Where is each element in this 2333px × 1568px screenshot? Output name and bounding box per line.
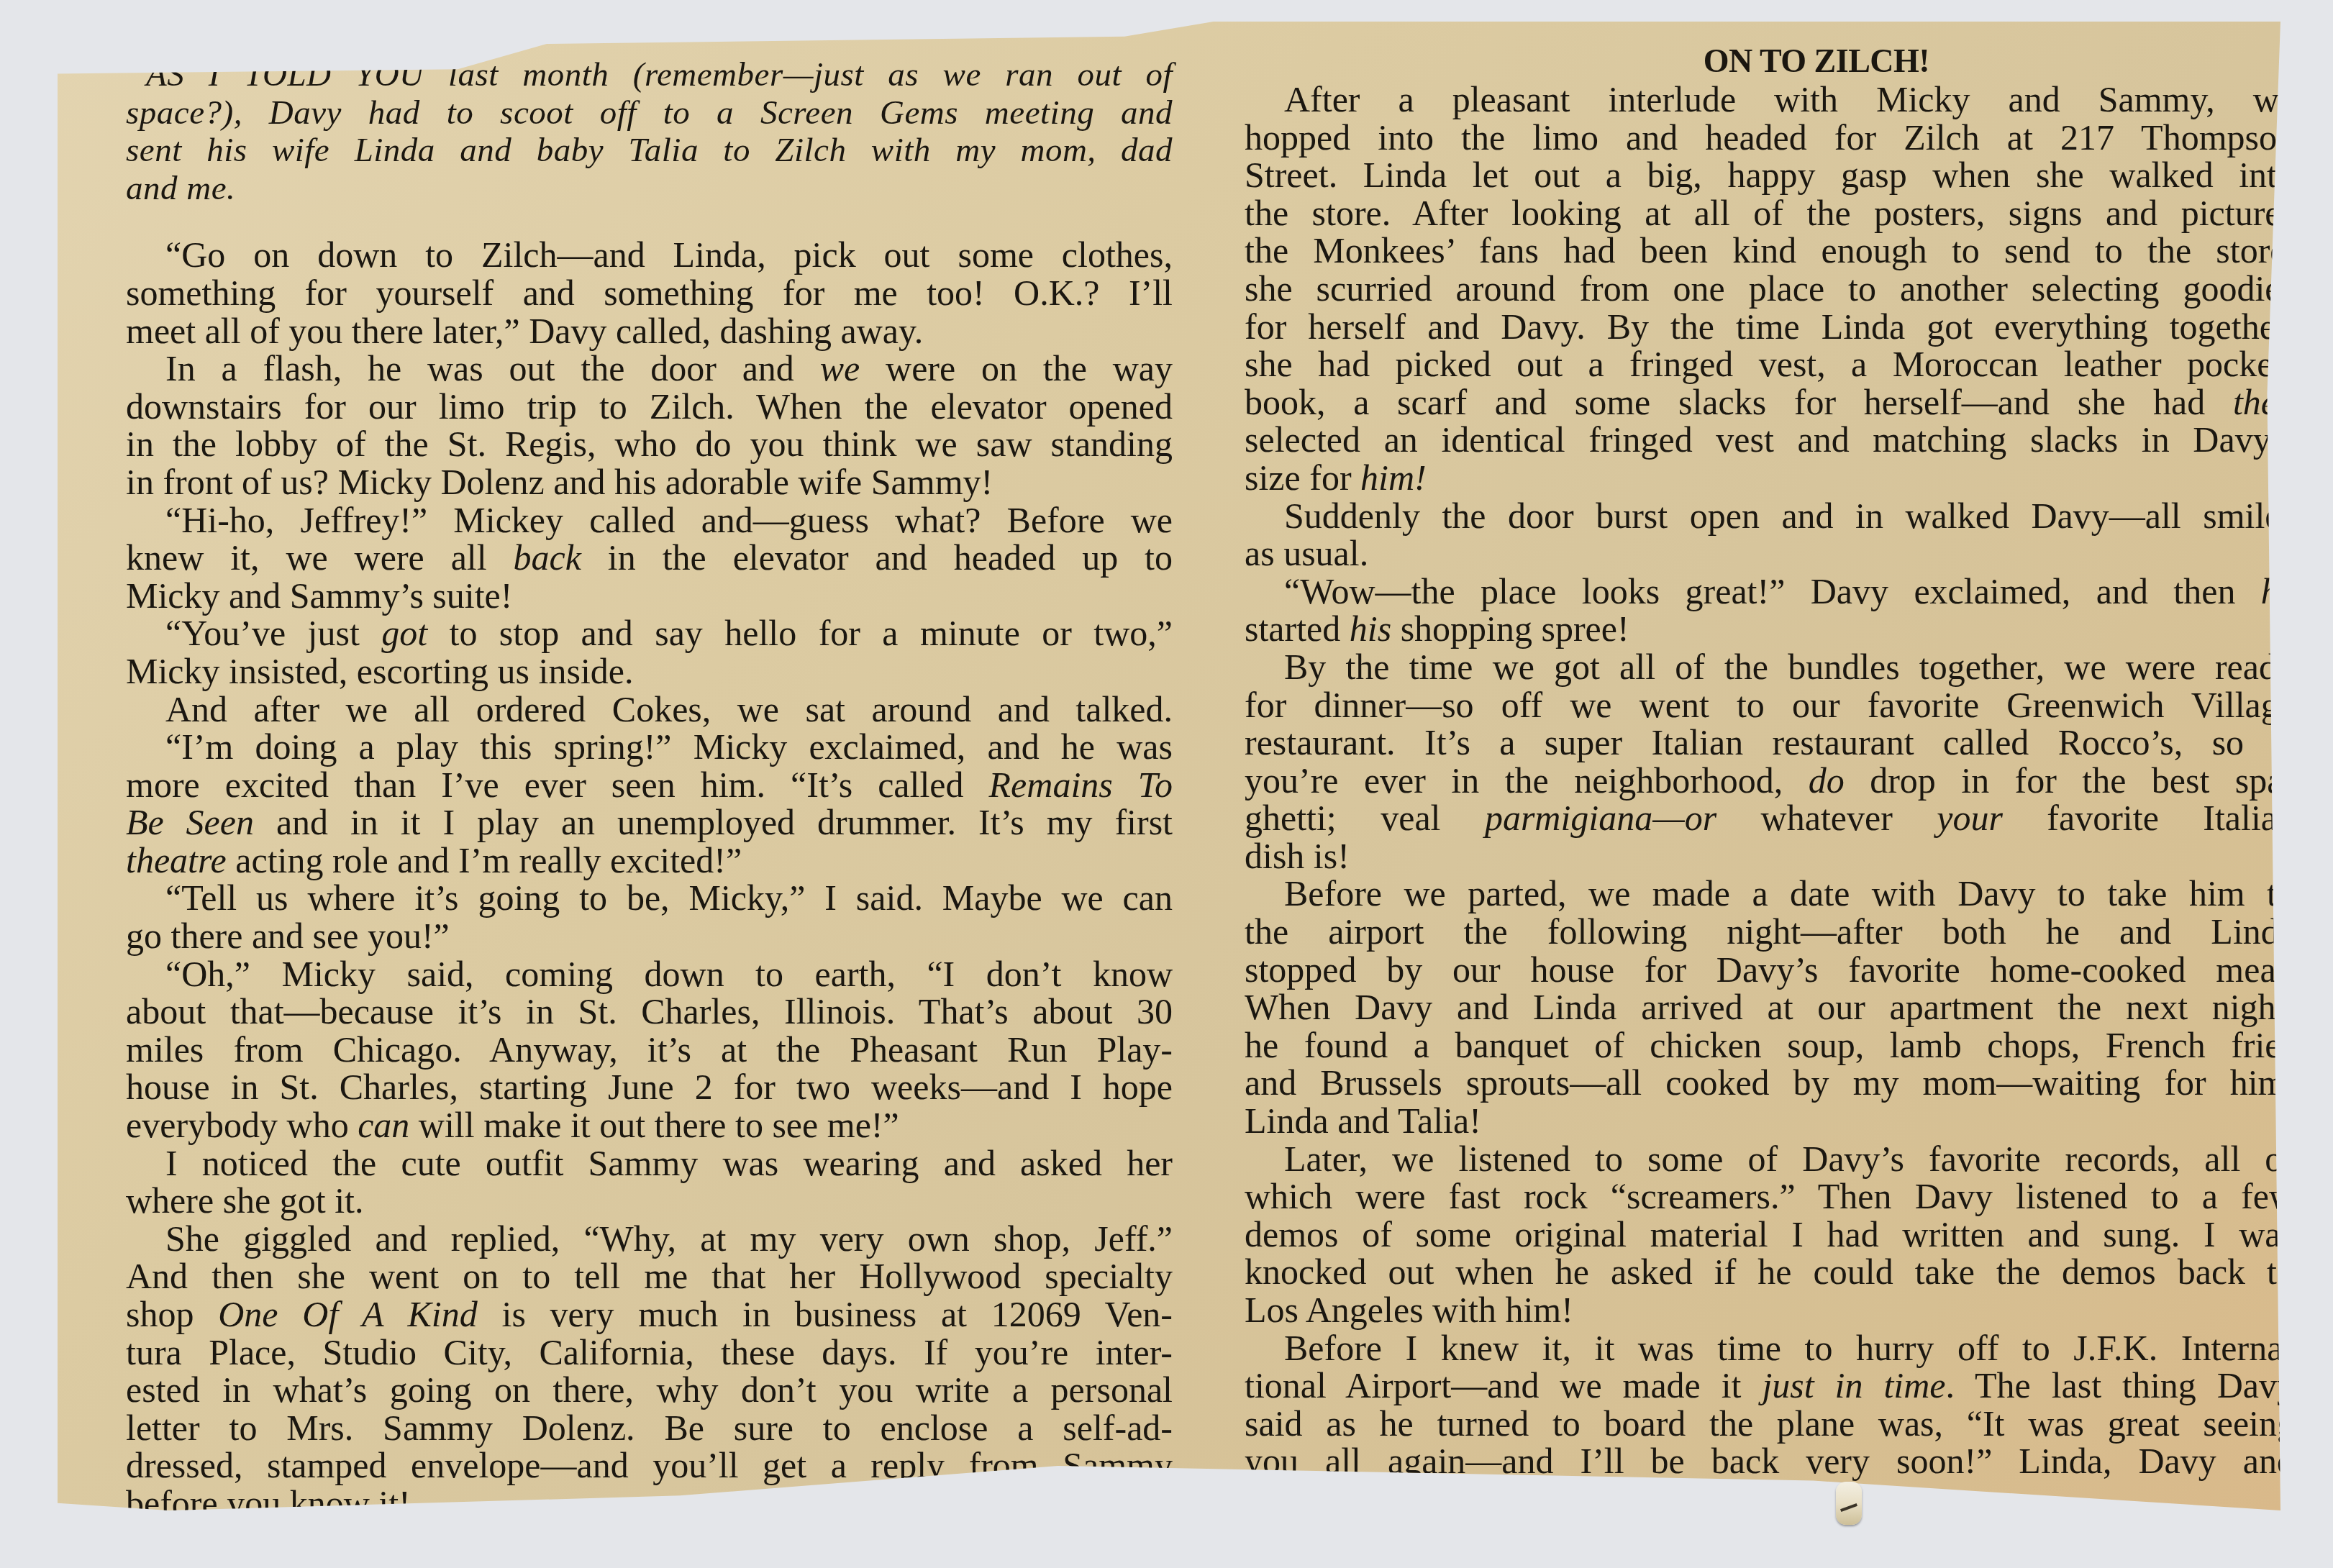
text-line: size for him! — [1245, 459, 2295, 497]
text-line: meet all of you there later,” Davy calle… — [126, 312, 1173, 350]
text-line: ested in what’s going on there, why don’… — [126, 1371, 1173, 1409]
text-line: go there and see you!” — [126, 917, 1173, 955]
text-line: the Monkees’ fans had been kind enough t… — [1245, 232, 2295, 270]
text-line: restaurant. It’s a super Italian restaur… — [1245, 724, 2295, 762]
text-line: tura Place, Studio City, California, the… — [126, 1334, 1173, 1372]
text-line: she had picked out a fringed vest, a Mor… — [1245, 345, 2295, 383]
text-line: knew it, we were all back in the elevato… — [126, 539, 1173, 577]
text-line: the airport the following night—after bo… — [1245, 913, 2295, 951]
text-line: which were fast rock “screamers.” Then D… — [1245, 1177, 2295, 1216]
text-line: In a flash, he was out the door and we w… — [126, 350, 1173, 388]
left-column-body: “Go on down to Zilch—and Linda, pick out… — [126, 236, 1173, 1522]
text-line: theatre acting role and I’m really excit… — [126, 842, 1173, 880]
text-line: “Tell us where it’s going to be, Micky,”… — [126, 879, 1173, 917]
text-line: as usual. — [1245, 534, 2295, 573]
text-line: “Wow—the place looks great!” Davy exclai… — [1245, 573, 2295, 611]
pin-tack — [1836, 1482, 1862, 1525]
text-line: for dinner—so off we went to our favorit… — [1245, 686, 2295, 724]
text-line: before you know it! — [126, 1485, 1173, 1523]
text-line: And then she went on to tell me that her… — [126, 1257, 1173, 1295]
text-line: downstairs for our limo trip to Zilch. W… — [126, 388, 1173, 426]
text-line: Be Seen and in it I play an unemployed d… — [126, 803, 1173, 842]
right-column: ON TO ZILCH! After a pleasant interlude … — [1245, 42, 2295, 1518]
section-heading: ON TO ZILCH! — [1245, 42, 2295, 81]
intro-paragraph: AS I TOLD YOU last month (remember—just … — [126, 56, 1173, 207]
text-line: Linda and Talia! — [1245, 1102, 2295, 1140]
text-line: stopped by our house for Davy’s favorite… — [1245, 951, 2295, 989]
text-line: book, a scarf and some slacks for hersel… — [1245, 383, 2295, 421]
text-line: selected an identical fringed vest and m… — [1245, 421, 2295, 459]
text-line: said as he turned to board the plane was… — [1245, 1405, 2295, 1443]
text-line: house in St. Charles, starting June 2 fo… — [126, 1068, 1173, 1106]
text-line: the store. After looking at all of the p… — [1245, 194, 2295, 232]
text-line: Street. Linda let out a big, happy gasp … — [1245, 156, 2295, 194]
text-line: sent his wife Linda and baby Talia to Zi… — [126, 132, 1173, 170]
newspaper-clipping: AS I TOLD YOU last month (remember—just … — [58, 22, 2280, 1510]
text-line: tional Airport—and we made it just in ti… — [1245, 1367, 2295, 1405]
text-line: for herself and Davy. By the time Linda … — [1245, 308, 2295, 346]
text-line: When Davy and Linda arrived at our apart… — [1245, 988, 2295, 1026]
text-line: she scurried around from one place to an… — [1245, 270, 2295, 308]
right-column-body: After a pleasant interlude with Micky an… — [1245, 81, 2295, 1518]
text-line: “Go on down to Zilch—and Linda, pick out… — [126, 236, 1173, 274]
text-line: Before I knew it, it was time to hurry o… — [1245, 1329, 2295, 1367]
text-line: “Oh,” Micky said, coming down to earth, … — [126, 955, 1173, 993]
text-line: space?), Davy had to scoot off to a Scre… — [126, 94, 1173, 132]
text-line: demos of some original material I had wr… — [1245, 1216, 2295, 1254]
text-line: hopped into the limo and headed for Zilc… — [1245, 119, 2295, 157]
text-line: shop One Of A Kind is very much in busin… — [126, 1295, 1173, 1334]
text-line: Before we parted, we made a date with Da… — [1245, 875, 2295, 913]
text-line: in the lobby of the St. Regis, who do yo… — [126, 425, 1173, 463]
text-line: and Brussels sprouts—all cooked by my mo… — [1245, 1064, 2295, 1102]
text-line: everybody who can will make it out there… — [126, 1106, 1173, 1144]
text-line: miles from Chicago. Anyway, it’s at the … — [126, 1031, 1173, 1069]
text-line: in front of us? Micky Dolenz and his ado… — [126, 463, 1173, 501]
text-line: “I’m doing a play this spring!” Micky ex… — [126, 728, 1173, 766]
text-line: Later, we listened to some of Davy’s fav… — [1245, 1140, 2295, 1178]
text-line: started his shopping spree! — [1245, 610, 2295, 648]
text-line: and me. — [126, 170, 1173, 208]
text-line: I noticed the cute outfit Sammy was wear… — [126, 1144, 1173, 1182]
text-line: Micky insisted, escorting us inside. — [126, 652, 1173, 690]
text-line: She giggled and replied, “Why, at my ver… — [126, 1220, 1173, 1258]
text-line: the baby waved—and they were gone again. — [1245, 1480, 2295, 1518]
text-line: knocked out when he asked if he could ta… — [1245, 1253, 2295, 1291]
text-line: dressed, stamped envelope—and you’ll get… — [126, 1446, 1173, 1485]
text-line: “You’ve just got to stop and say hello f… — [126, 614, 1173, 652]
text-line: Los Angeles with him! — [1245, 1291, 2295, 1329]
text-line: AS I TOLD YOU last month (remember—just … — [126, 56, 1173, 94]
text-line: After a pleasant interlude with Micky an… — [1245, 81, 2295, 119]
text-line: And after we all ordered Cokes, we sat a… — [126, 690, 1173, 729]
text-line: he found a banquet of chicken soup, lamb… — [1245, 1026, 2295, 1065]
text-line: about that—because it’s in St. Charles, … — [126, 993, 1173, 1031]
text-line: By the time we got all of the bundles to… — [1245, 648, 2295, 686]
text-line: ghetti; veal parmigiana—or whatever your… — [1245, 799, 2295, 837]
text-line: you’re ever in the neighborhood, do drop… — [1245, 762, 2295, 800]
text-line: more excited than I’ve ever seen him. “I… — [126, 766, 1173, 804]
text-line: dish is! — [1245, 837, 2295, 875]
text-line: where she got it. — [126, 1182, 1173, 1220]
left-column: AS I TOLD YOU last month (remember—just … — [126, 56, 1173, 1523]
text-line: Suddenly the door burst open and in walk… — [1245, 497, 2295, 535]
text-line: Micky and Sammy’s suite! — [126, 577, 1173, 615]
text-line: you all again—and I’ll be back very soon… — [1245, 1442, 2295, 1480]
text-line: “Hi-ho, Jeffrey!” Mickey called and—gues… — [126, 501, 1173, 539]
text-line: something for yourself and something for… — [126, 274, 1173, 312]
text-line: letter to Mrs. Sammy Dolenz. Be sure to … — [126, 1409, 1173, 1447]
